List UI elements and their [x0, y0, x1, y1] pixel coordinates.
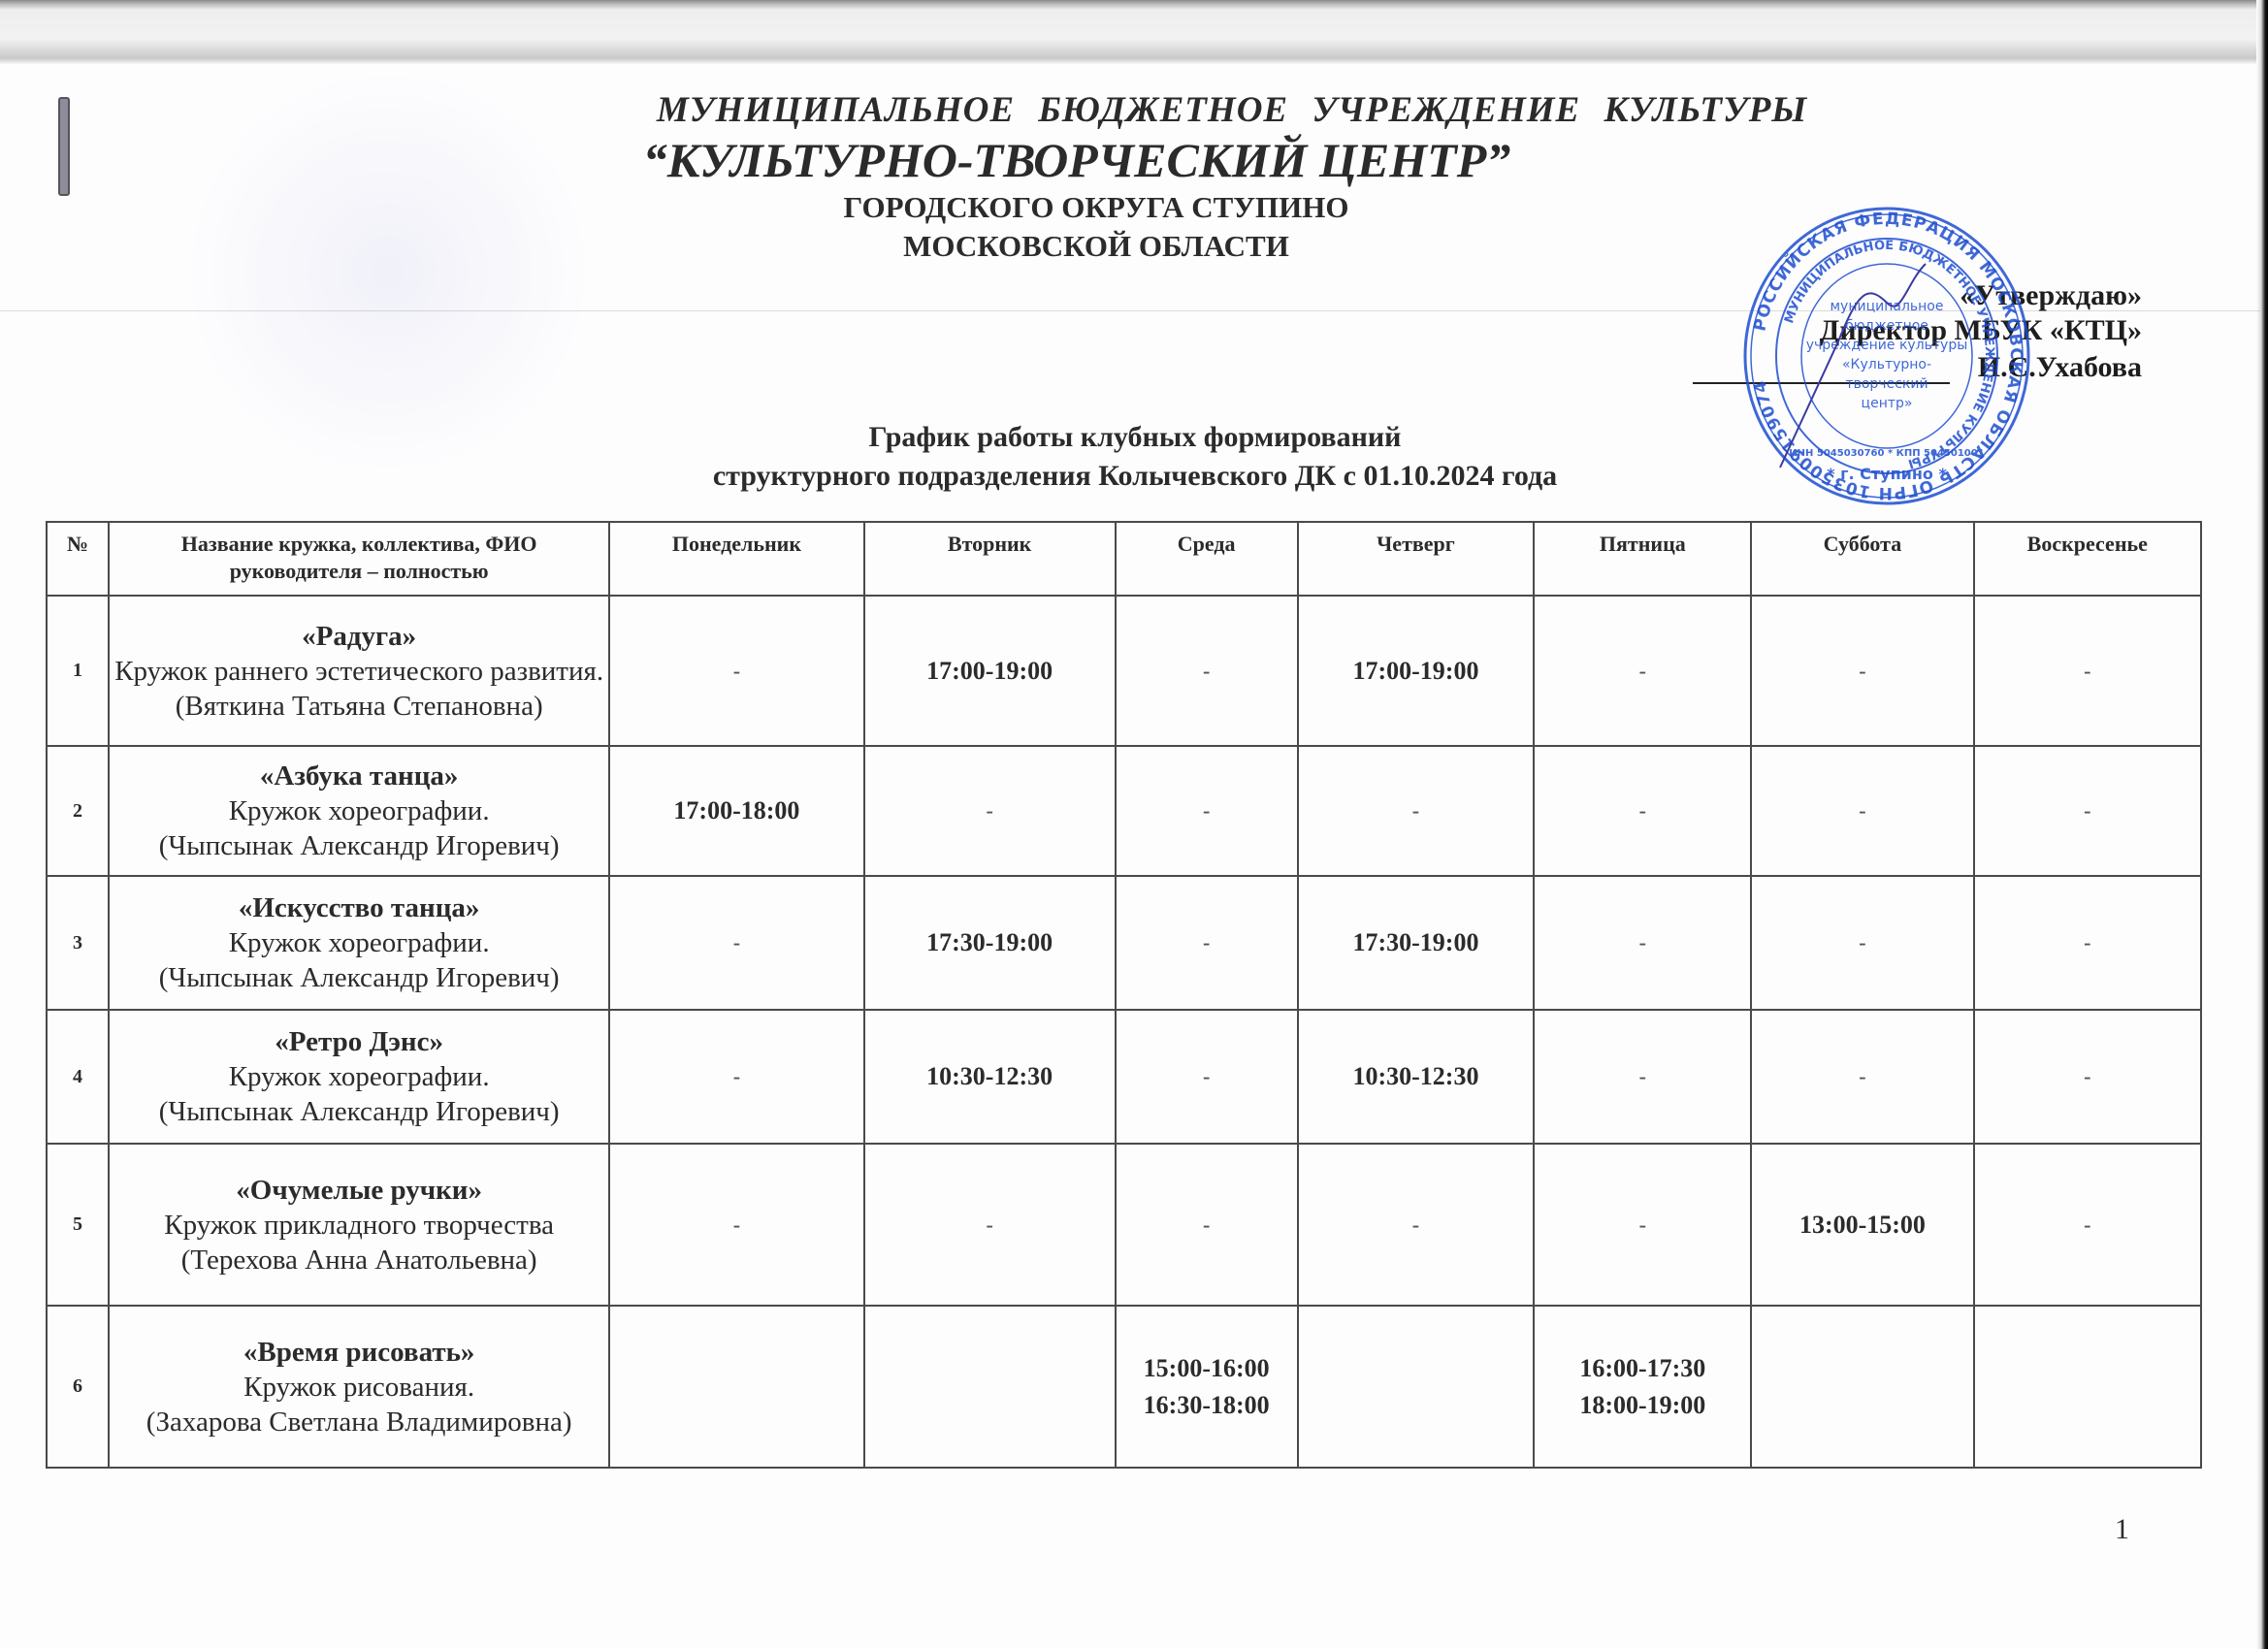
time-slot: -	[1979, 798, 2196, 824]
time-slot: 16:00-17:30	[1539, 1350, 1746, 1387]
schedule-cell-saturday: -	[1751, 876, 1973, 1010]
time-slot: 17:00-18:00	[614, 792, 859, 829]
time-slot: -	[1756, 930, 1968, 955]
schedule-cell-monday: -	[609, 1144, 863, 1306]
org-name: “КУЛЬТУРНО-ТВОРЧЕСКИЙ ЦЕНТР”	[543, 132, 1610, 188]
schedule-cell-tuesday: 17:30-19:00	[864, 876, 1116, 1010]
stamp-center-line: учреждение культуры	[1806, 338, 1968, 353]
schedule-cell-sunday: -	[1974, 876, 2201, 1010]
schedule-cell-thursday: 17:30-19:00	[1298, 876, 1535, 1010]
header-friday: Пятница	[1534, 522, 1751, 596]
time-slot: -	[1539, 1212, 1746, 1238]
schedule-cell-tuesday: 17:00-19:00	[864, 596, 1116, 746]
time-slot: -	[1979, 1064, 2196, 1089]
schedule-cell-friday: -	[1534, 746, 1751, 876]
schedule-cell-saturday: -	[1751, 746, 1973, 876]
club-name: «Время рисовать»	[113, 1335, 604, 1370]
row-number: 6	[47, 1306, 109, 1468]
club-cell: «Ретро Дэнс»Кружок хореографии.(Чыпсынак…	[109, 1010, 609, 1144]
club-name: «Радуга»	[113, 619, 604, 654]
row-number: 3	[47, 876, 109, 1010]
schedule-cell-friday: -	[1534, 1144, 1751, 1306]
time-slot: 17:00-19:00	[1303, 653, 1530, 690]
schedule-cell-monday	[609, 1306, 863, 1468]
time-slot: -	[1303, 798, 1530, 824]
schedule-cell-tuesday: 10:30-12:30	[864, 1010, 1116, 1144]
stamp-center-line: центр»	[1862, 396, 1913, 411]
time-slot: 17:30-19:00	[869, 924, 1111, 961]
header-wednesday: Среда	[1116, 522, 1298, 596]
stamp-city: * г. Ступино *	[1827, 465, 1947, 483]
schedule-cell-tuesday: -	[864, 1144, 1116, 1306]
row-number: 2	[47, 746, 109, 876]
time-slot: -	[1756, 1064, 1968, 1089]
schedule-cell-wednesday: -	[1116, 1010, 1298, 1144]
header-number: №	[47, 522, 109, 596]
time-slot: 10:30-12:30	[869, 1058, 1111, 1095]
time-slot: -	[1756, 659, 1968, 684]
schedule-cell-sunday: -	[1974, 596, 2201, 746]
schedule-cell-thursday: -	[1298, 746, 1535, 876]
row-number: 1	[47, 596, 109, 746]
time-slot: -	[614, 1212, 859, 1238]
schedule-cell-friday: -	[1534, 876, 1751, 1010]
schedule-table: № Название кружка, коллектива, ФИО руков…	[46, 521, 2202, 1469]
table-row: 6«Время рисовать»Кружок рисования.(Захар…	[47, 1306, 2201, 1468]
time-slot: -	[1120, 930, 1293, 955]
schedule-cell-sunday: -	[1974, 1144, 2201, 1306]
official-stamp-icon: РОССИЙСКАЯ ФЕДЕРАЦИЯ МОСКОВСКАЯ ОБЛАСТЬ …	[1741, 206, 2032, 506]
time-slot: -	[1539, 798, 1746, 824]
header-thursday: Четверг	[1298, 522, 1535, 596]
time-slot: 17:00-19:00	[869, 653, 1111, 690]
schedule-cell-saturday	[1751, 1306, 1973, 1468]
club-cell: «Искусство танца»Кружок хореографии.(Чып…	[109, 876, 609, 1010]
time-slot: -	[1539, 1064, 1746, 1089]
schedule-cell-monday: -	[609, 596, 863, 746]
schedule-cell-saturday: 13:00-15:00	[1751, 1144, 1973, 1306]
time-slot: 18:00-19:00	[1539, 1387, 1746, 1424]
document-title: График работы клубных формирований	[543, 421, 1727, 454]
time-slot: -	[614, 1064, 859, 1089]
club-description: Кружок хореографии.	[113, 1059, 604, 1094]
club-description: Кружок рисования.	[113, 1370, 604, 1405]
club-leader: (Терехова Анна Анатольевна)	[113, 1243, 604, 1277]
stamp-center-line: муниципальное	[1831, 299, 1944, 314]
time-slot: 16:30-18:00	[1120, 1387, 1293, 1424]
schedule-cell-wednesday: -	[1116, 876, 1298, 1010]
time-slot: -	[614, 930, 859, 955]
time-slot: -	[1120, 1064, 1293, 1089]
club-leader: (Вяткина Татьяна Степановна)	[113, 689, 604, 724]
bleed-through-shadow	[184, 68, 592, 475]
page-number: 1	[2115, 1513, 2129, 1546]
schedule-cell-thursday: 17:00-19:00	[1298, 596, 1535, 746]
club-cell: «Азбука танца»Кружок хореографии.(Чыпсын…	[109, 746, 609, 876]
stamp-inn: ИНН 5045030760 * КПП 504501001	[1789, 448, 1984, 459]
schedule-cell-monday: -	[609, 1010, 863, 1144]
schedule-cell-friday: 16:00-17:3018:00-19:00	[1534, 1306, 1751, 1468]
time-slot: 13:00-15:00	[1756, 1207, 1968, 1244]
schedule-cell-friday: -	[1534, 1010, 1751, 1144]
schedule-cell-monday: 17:00-18:00	[609, 746, 863, 876]
time-slot: -	[1756, 798, 1968, 824]
row-number: 5	[47, 1144, 109, 1306]
org-line-1: МУНИЦИПАЛЬНОЕ БЮДЖЕТНОЕ УЧРЕЖДЕНИЕ КУЛЬТ…	[543, 89, 1921, 131]
table-header-row: № Название кружка, коллектива, ФИО руков…	[47, 522, 2201, 596]
time-slot: -	[1120, 798, 1293, 824]
schedule-cell-thursday	[1298, 1306, 1535, 1468]
club-description: Кружок раннего эстетического развития.	[113, 654, 604, 689]
schedule-cell-wednesday: -	[1116, 596, 1298, 746]
club-leader: (Чыпсынак Александр Игоревич)	[113, 1094, 604, 1129]
schedule-cell-sunday: -	[1974, 746, 2201, 876]
schedule-cell-wednesday: -	[1116, 1144, 1298, 1306]
club-leader: (Чыпсынак Александр Игоревич)	[113, 960, 604, 995]
org-line-4: МОСКОВСКОЙ ОБЛАСТИ	[543, 229, 1649, 264]
row-number: 4	[47, 1010, 109, 1144]
header-saturday: Суббота	[1751, 522, 1973, 596]
stamp-center-line: бюджетное	[1845, 318, 1928, 334]
club-name: «Ретро Дэнс»	[113, 1024, 604, 1059]
stamp-middle-text: МУНИЦИПАЛЬНОЕ БЮДЖЕТНОЕ УЧРЕЖДЕНИЕ КУЛЬТ…	[1782, 239, 1996, 470]
club-description: Кружок прикладного творчества	[113, 1208, 604, 1243]
schedule-cell-thursday: -	[1298, 1144, 1535, 1306]
time-slot: -	[1979, 659, 2196, 684]
svg-text:МУНИЦИПАЛЬНОЕ БЮДЖЕТНОЕ УЧРЕЖД: МУНИЦИПАЛЬНОЕ БЮДЖЕТНОЕ УЧРЕЖДЕНИЕ КУЛЬТ…	[1782, 239, 1996, 470]
header-monday: Понедельник	[609, 522, 863, 596]
club-description: Кружок хореографии.	[113, 925, 604, 960]
stamp-center-line: творческий	[1845, 376, 1928, 392]
time-slot: -	[1979, 930, 2196, 955]
club-description: Кружок хореографии.	[113, 793, 604, 828]
time-slot: -	[1539, 930, 1746, 955]
time-slot: -	[1120, 1212, 1293, 1238]
time-slot: -	[614, 659, 859, 684]
club-cell: «Радуга»Кружок раннего эстетического раз…	[109, 596, 609, 746]
header-name: Название кружка, коллектива, ФИО руковод…	[109, 522, 609, 596]
schedule-cell-friday: -	[1534, 596, 1751, 746]
club-name: «Очумелые ручки»	[113, 1173, 604, 1208]
club-cell: «Очумелые ручки»Кружок прикладного творч…	[109, 1144, 609, 1306]
table-row: 1«Радуга»Кружок раннего эстетического ра…	[47, 596, 2201, 746]
time-slot: 17:30-19:00	[1303, 924, 1530, 961]
schedule-cell-tuesday: -	[864, 746, 1116, 876]
table-row: 5«Очумелые ручки»Кружок прикладного твор…	[47, 1144, 2201, 1306]
club-cell: «Время рисовать»Кружок рисования.(Захаро…	[109, 1306, 609, 1468]
scan-border-right	[2256, 0, 2268, 1649]
time-slot: -	[1539, 659, 1746, 684]
schedule-cell-sunday: -	[1974, 1010, 2201, 1144]
document-subtitle: структурного подразделения Колычевского …	[543, 460, 1727, 493]
time-slot: -	[869, 798, 1111, 824]
time-slot: -	[1979, 1212, 2196, 1238]
schedule-cell-thursday: 10:30-12:30	[1298, 1010, 1535, 1144]
table-row: 4«Ретро Дэнс»Кружок хореографии.(Чыпсына…	[47, 1010, 2201, 1144]
table-row: 3«Искусство танца»Кружок хореографии.(Чы…	[47, 876, 2201, 1010]
table-row: 2«Азбука танца»Кружок хореографии.(Чыпсы…	[47, 746, 2201, 876]
stamp-center-line: «Культурно-	[1842, 357, 1931, 372]
club-name: «Искусство танца»	[113, 890, 604, 925]
club-name: «Азбука танца»	[113, 759, 604, 793]
club-leader: (Чыпсынак Александр Игоревич)	[113, 828, 604, 863]
header-tuesday: Вторник	[864, 522, 1116, 596]
schedule-cell-monday: -	[609, 876, 863, 1010]
time-slot: 10:30-12:30	[1303, 1058, 1530, 1095]
schedule-cell-saturday: -	[1751, 1010, 1973, 1144]
schedule-cell-saturday: -	[1751, 596, 1973, 746]
staple-mark	[58, 97, 70, 196]
time-slot: 15:00-16:00	[1120, 1350, 1293, 1387]
scan-border-top	[0, 0, 2268, 64]
schedule-cell-wednesday: -	[1116, 746, 1298, 876]
club-leader: (Захарова Светлана Владимировна)	[113, 1405, 604, 1439]
time-slot: -	[1120, 659, 1293, 684]
schedule-cell-sunday	[1974, 1306, 2201, 1468]
time-slot: -	[869, 1212, 1111, 1238]
header-sunday: Воскресенье	[1974, 522, 2201, 596]
time-slot: -	[1303, 1212, 1530, 1238]
schedule-cell-tuesday	[864, 1306, 1116, 1468]
schedule-cell-wednesday: 15:00-16:0016:30-18:00	[1116, 1306, 1298, 1468]
org-line-3: ГОРОДСКОГО ОКРУГА СТУПИНО	[543, 190, 1649, 225]
